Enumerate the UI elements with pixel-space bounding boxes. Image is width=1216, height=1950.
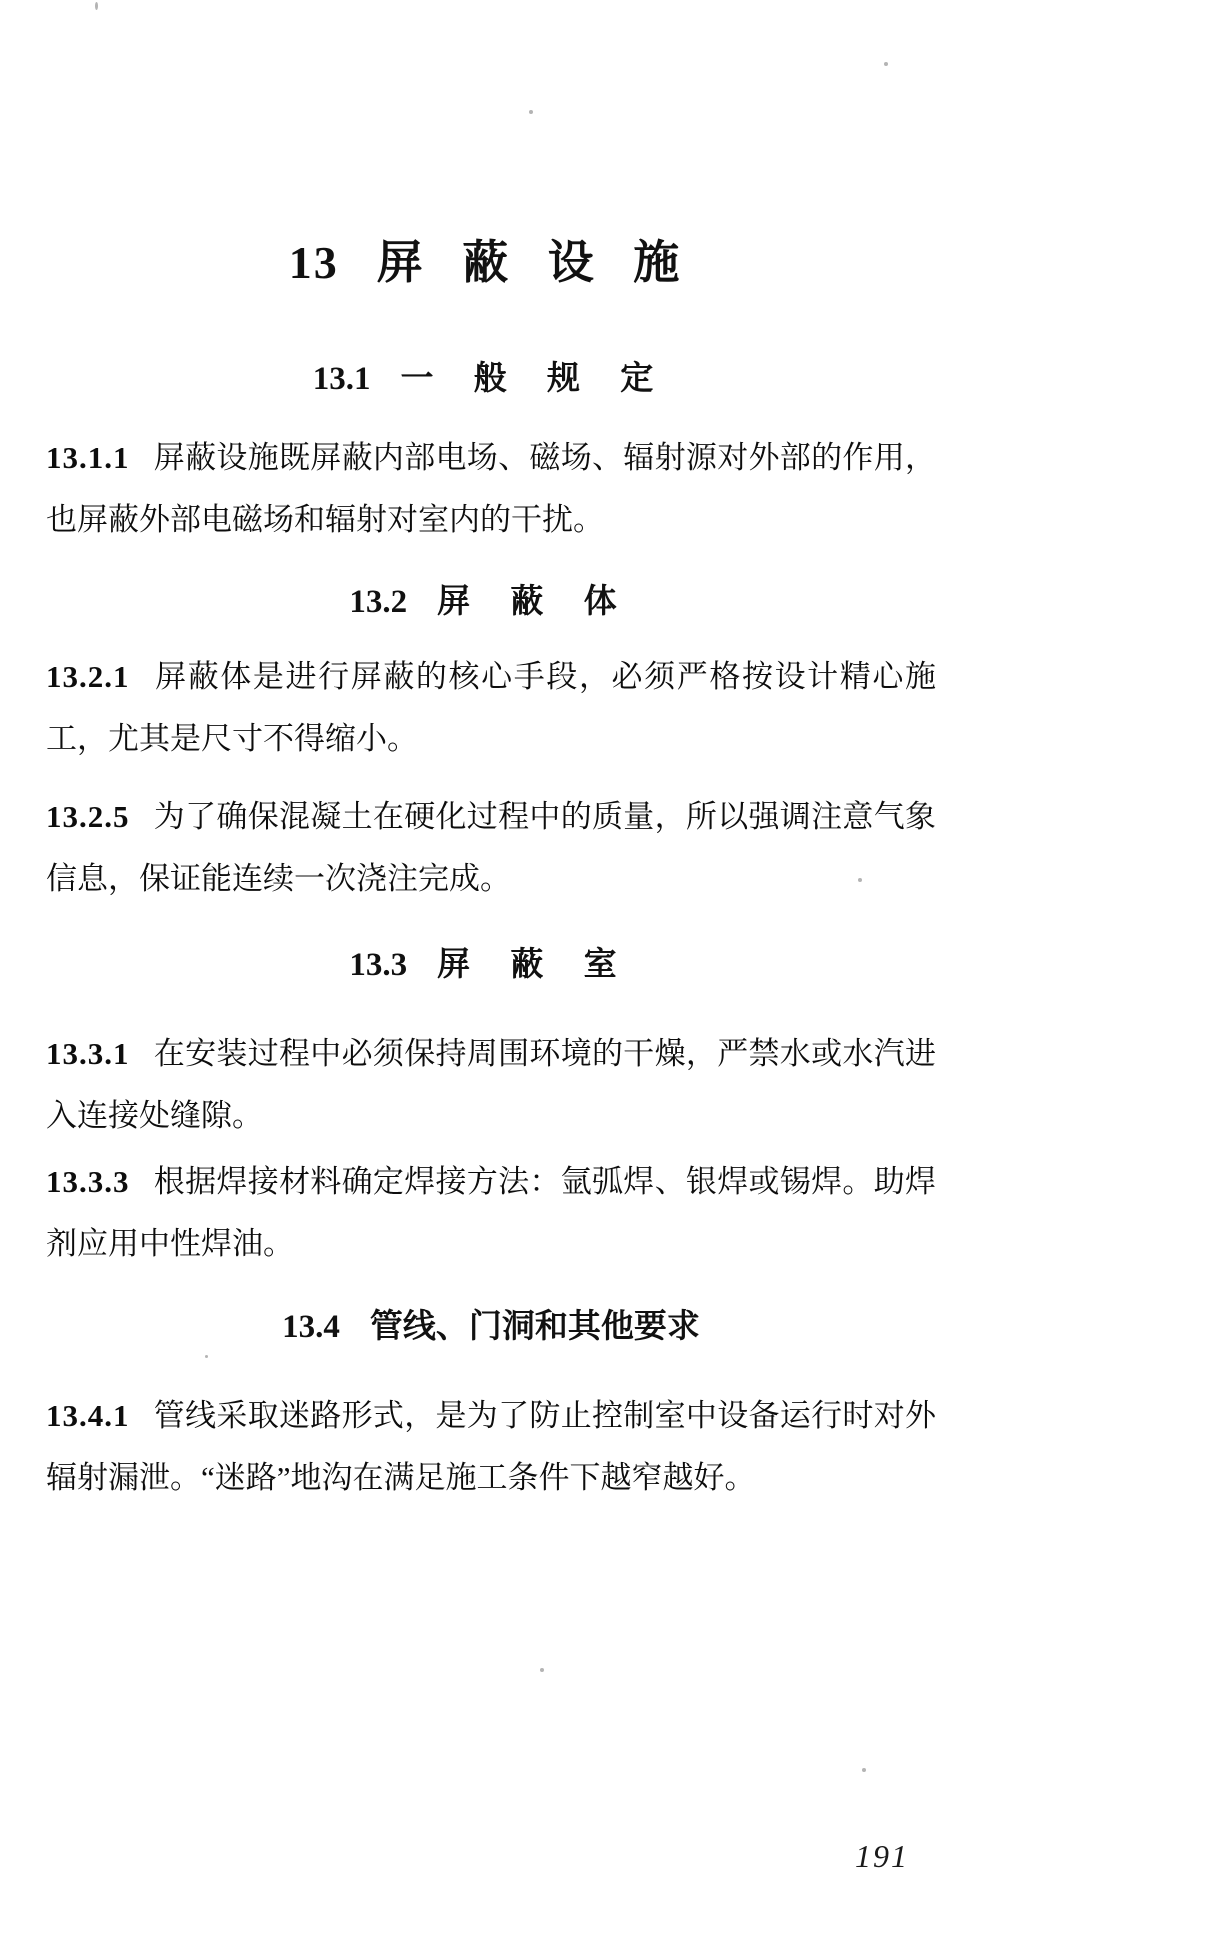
- section-heading-13-4: 13.4管线、门洞和其他要求: [46, 1302, 936, 1352]
- section-heading-13-1: 13.1一 般 规 定: [46, 354, 936, 404]
- clause-text: 根据焊接材料确定焊接方法：氩弧焊、银焊或锡焊。助焊剂应用中性焊油。: [46, 1164, 936, 1261]
- document-page: 13屏 蔽 设 施 13.1一 般 规 定 13.1.1屏蔽设施既屏蔽内部电场、…: [0, 0, 1216, 1950]
- clause-number: 13.1.1: [46, 440, 130, 475]
- section-title: 屏 蔽 室: [437, 947, 633, 983]
- section-title: 屏 蔽 体: [437, 584, 633, 620]
- clause-number: 13.2.5: [46, 799, 130, 834]
- scan-speck: [95, 2, 98, 10]
- clause-number: 13.3.3: [46, 1164, 130, 1199]
- scan-speck: [884, 62, 888, 66]
- scan-speck: [700, 1190, 703, 1193]
- clause-13-3-3: 13.3.3根据焊接材料确定焊接方法：氩弧焊、银焊或锡焊。助焊剂应用中性焊油。: [46, 1151, 936, 1275]
- clause-text: 屏蔽体是进行屏蔽的核心手段，必须严格按设计精心施工，尤其是尺寸不得缩小。: [46, 659, 936, 756]
- clause-13-2-5: 13.2.5为了确保混凝土在硬化过程中的质量，所以强调注意气象信息，保证能连续一…: [46, 786, 936, 910]
- scan-speck: [540, 1668, 544, 1672]
- chapter-title: 13屏 蔽 设 施: [46, 235, 936, 291]
- clause-text: 为了确保混凝土在硬化过程中的质量，所以强调注意气象信息，保证能连续一次浇注完成。: [46, 799, 936, 896]
- section-title: 一 般 规 定: [401, 361, 670, 397]
- section-title: 管线、门洞和其他要求: [370, 1309, 700, 1345]
- scan-speck: [862, 1768, 866, 1772]
- clause-text: 管线采取迷路形式，是为了防止控制室中设备运行时对外辐射漏泄。“迷路”地沟在满足施…: [46, 1398, 936, 1495]
- clause-13-1-1: 13.1.1屏蔽设施既屏蔽内部电场、磁场、辐射源对外部的作用，也屏蔽外部电磁场和…: [46, 427, 936, 551]
- clause-13-3-1: 13.3.1在安装过程中必须保持周围环境的干燥，严禁水或水汽进入连接处缝隙。: [46, 1023, 936, 1147]
- chapter-number: 13: [289, 237, 339, 288]
- section-number: 13.2: [349, 584, 407, 620]
- scan-speck: [529, 110, 533, 114]
- scan-speck: [205, 1355, 208, 1358]
- clause-number: 13.3.1: [46, 1036, 130, 1071]
- clause-text: 在安装过程中必须保持周围环境的干燥，严禁水或水汽进入连接处缝隙。: [46, 1036, 936, 1133]
- section-heading-13-3: 13.3屏 蔽 室: [46, 940, 936, 990]
- section-number: 13.3: [349, 947, 407, 983]
- section-heading-13-2: 13.2屏 蔽 体: [46, 577, 936, 627]
- clause-text: 屏蔽设施既屏蔽内部电场、磁场、辐射源对外部的作用，也屏蔽外部电磁场和辐射对室内的…: [46, 440, 936, 537]
- scan-speck: [858, 878, 862, 882]
- clause-number: 13.4.1: [46, 1398, 130, 1433]
- clause-number: 13.2.1: [46, 659, 130, 694]
- clause-13-2-1: 13.2.1屏蔽体是进行屏蔽的核心手段，必须严格按设计精心施工，尤其是尺寸不得缩…: [46, 646, 936, 770]
- page-content: 13屏 蔽 设 施 13.1一 般 规 定 13.1.1屏蔽设施既屏蔽内部电场、…: [46, 0, 936, 1509]
- page-number: 191: [855, 1838, 909, 1875]
- section-number: 13.4: [282, 1309, 340, 1345]
- chapter-title-text: 屏 蔽 设 施: [377, 237, 694, 288]
- clause-13-4-1: 13.4.1管线采取迷路形式，是为了防止控制室中设备运行时对外辐射漏泄。“迷路”…: [46, 1385, 936, 1509]
- section-number: 13.1: [313, 361, 371, 397]
